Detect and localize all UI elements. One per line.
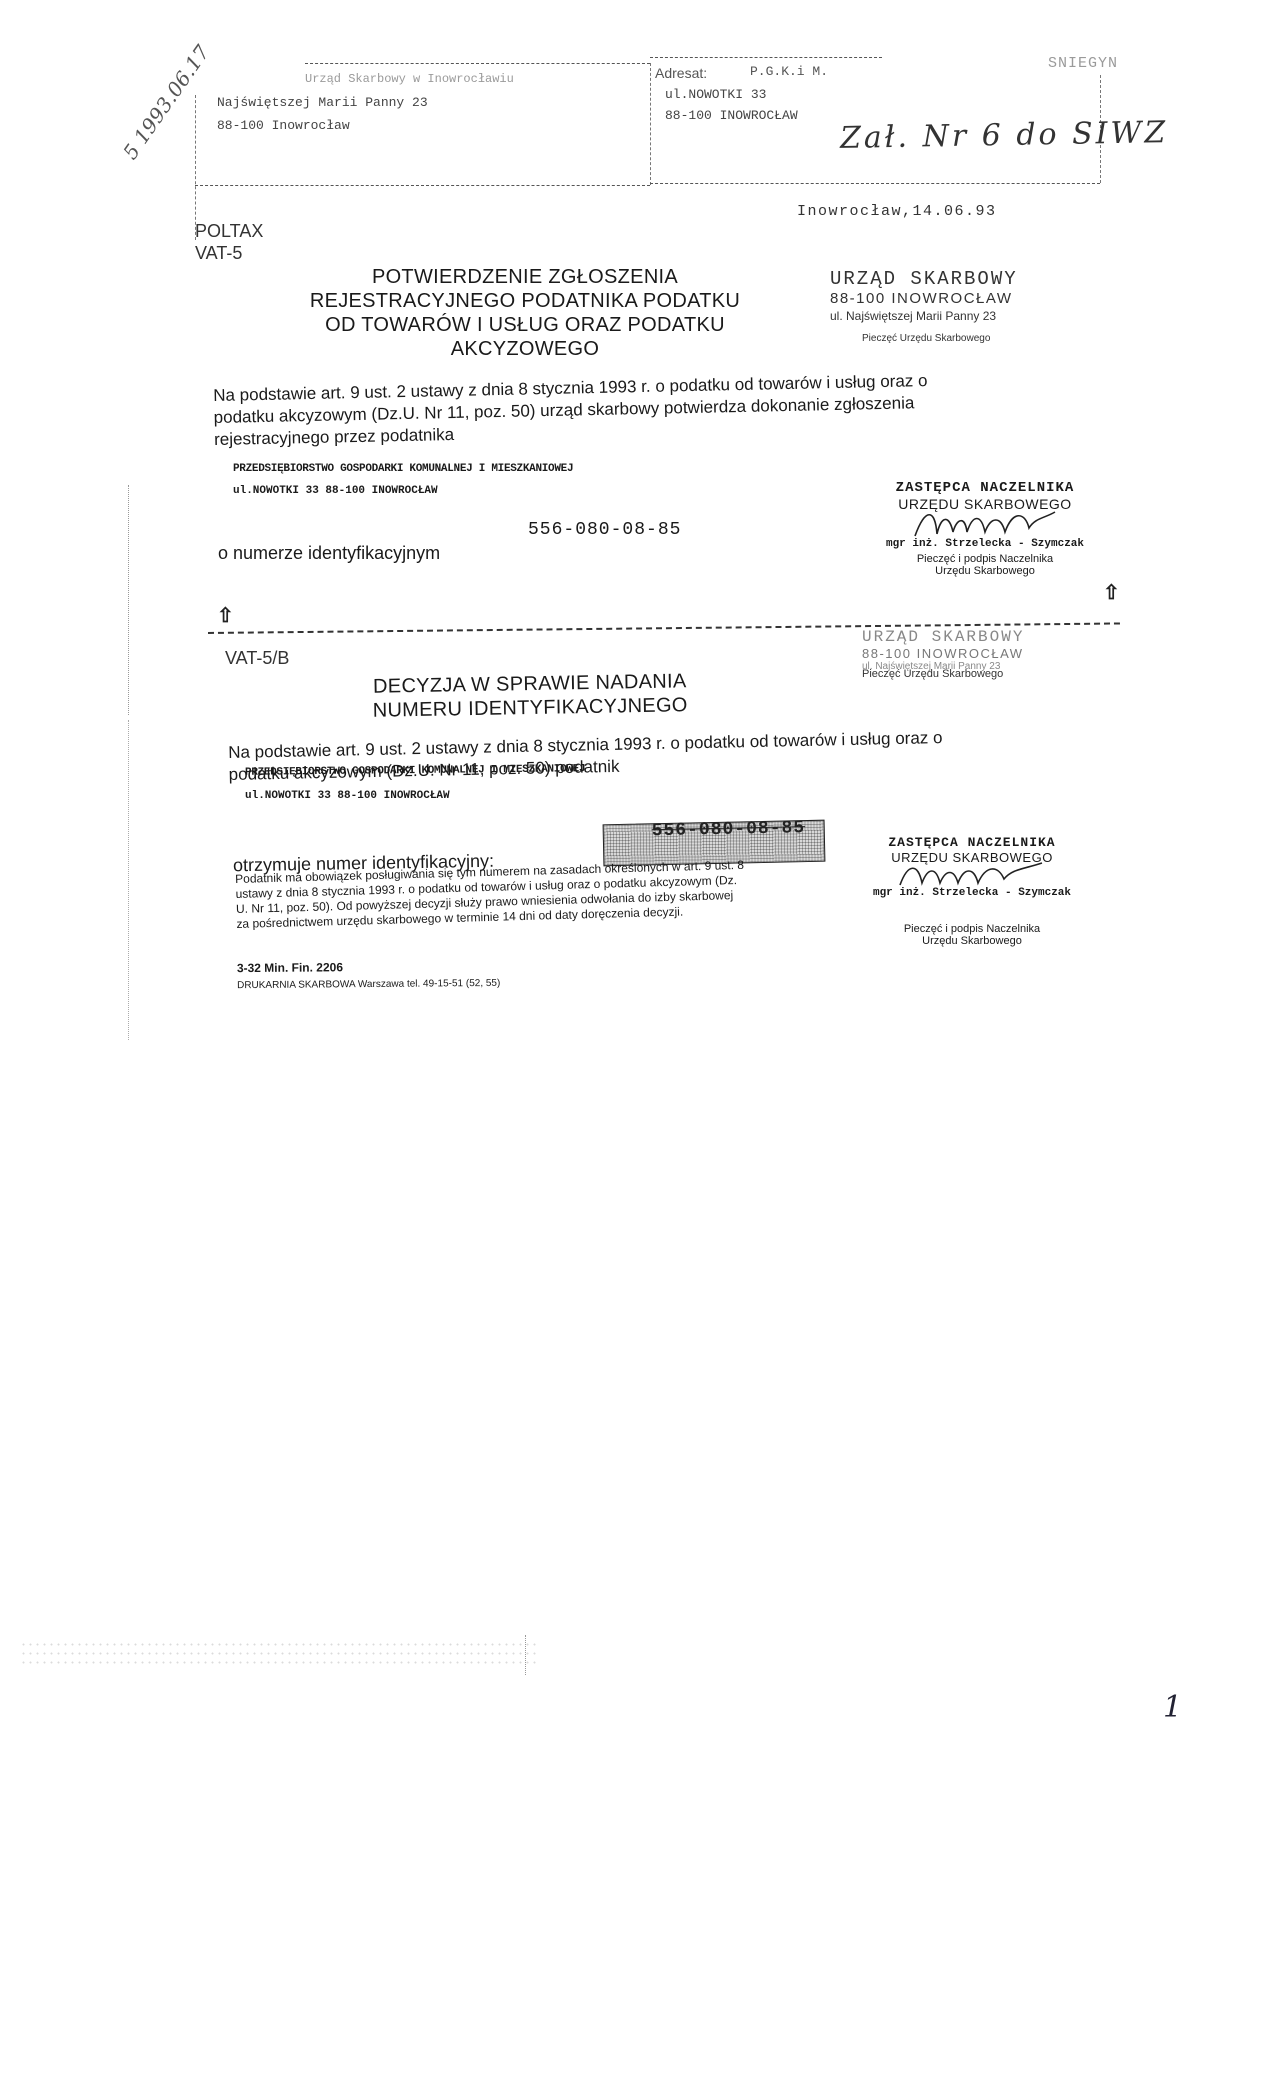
sender-frame-bottom bbox=[195, 185, 650, 186]
signature-stamp: ZASTĘPCA NACZELNIKA URZĘDU SKARBOWEGO mg… bbox=[872, 835, 1072, 947]
office-stamp: URZĄD SKARBOWY 88-100 INOWROCŁAW ul. Naj… bbox=[830, 268, 1090, 344]
office-stamp: URZĄD SKARBOWY 88-100 INOWROCŁAW ul. Naj… bbox=[862, 628, 1102, 680]
taxpayer-name: PRZEDSIĘBIORSTWO GOSPODARKI KOMUNALNEJ I… bbox=[233, 463, 573, 475]
section2-title: DECYZJA W SPRAWIE NADANIA NUMERU IDENTYF… bbox=[320, 668, 741, 723]
signature-stamp-line: ZASTĘPCA NACZELNIKA bbox=[880, 480, 1090, 496]
scan-artifact-line bbox=[525, 1635, 526, 1675]
stamp-line: 88-100 INOWROCŁAW bbox=[830, 290, 1090, 307]
title-line: OD TOWARÓW I USŁUG ORAZ PODATKU bbox=[270, 313, 780, 337]
margin-perforation bbox=[128, 485, 129, 715]
signatory-name: mgr inż. Strzelecka - Szymczak bbox=[872, 887, 1072, 899]
margin-perforation bbox=[128, 720, 129, 1040]
sender-line3: 88-100 Inowrocław bbox=[217, 118, 350, 133]
title-line: REJESTRACYJNEGO PODATNIKA PODATKU bbox=[270, 289, 780, 313]
signature-caption: Urzędu Skarbowego bbox=[880, 565, 1090, 577]
sender-frame-top bbox=[305, 63, 650, 64]
nip-value: 556-080-08-85 bbox=[652, 818, 806, 841]
stamp-caption: Pieczęć Urzędu Skarbowego bbox=[862, 668, 1102, 680]
addressee-frame-top bbox=[650, 57, 882, 58]
sender-frame-left bbox=[195, 95, 196, 240]
title-line: POTWIERDZENIE ZGŁOSZENIA bbox=[270, 265, 780, 289]
sender-frame-right bbox=[650, 63, 651, 185]
signatory-name: mgr inż. Strzelecka - Szymczak bbox=[880, 538, 1090, 550]
taxpayer-address: ul.NOWOTKI 33 88-100 INOWROCŁAW bbox=[233, 485, 438, 497]
section1-title: POTWIERDZENIE ZGŁOSZENIA REJESTRACYJNEGO… bbox=[270, 265, 780, 361]
footer-form-code: 3-32 Min. Fin. 2206 bbox=[237, 957, 500, 977]
stamp-line: 88-100 INOWROCŁAW bbox=[862, 646, 1102, 661]
footer-printer: DRUKARNIA SKARBOWA Warszawa tel. 49-15-5… bbox=[237, 975, 500, 995]
stamp-caption: Pieczęć Urzędu Skarbowego bbox=[862, 333, 1090, 344]
handwritten-annotation: Zał. Nr 6 do SIWZ bbox=[840, 115, 1169, 156]
nip-label: o numerze identyfikacyjnym bbox=[218, 543, 440, 564]
cut-arrow-right-icon: ⇧ bbox=[1103, 580, 1120, 605]
sender-line2: Najświętszej Marii Panny 23 bbox=[217, 95, 428, 110]
section1-paragraph: Na podstawie art. 9 ust. 2 ustawy z dnia… bbox=[213, 366, 1124, 451]
sender-line1: Urząd Skarbowy w Inowrocławiu bbox=[305, 72, 514, 86]
stamp-line: URZĄD SKARBOWY bbox=[830, 268, 1090, 290]
signature-stamp-line: URZĘDU SKARBOWEGO bbox=[872, 850, 1072, 865]
signature-caption: Pieczęć i podpis Naczelnika bbox=[872, 923, 1072, 935]
form-code: VAT-5 bbox=[195, 242, 263, 264]
signature-icon bbox=[905, 508, 1065, 542]
nip-value: 556-080-08-85 bbox=[528, 520, 681, 540]
addressee-label: Adresat: bbox=[655, 65, 707, 81]
addressee-name: P.G.K.i M. bbox=[750, 64, 828, 79]
footer: 3-32 Min. Fin. 2206 DRUKARNIA SKARBOWA W… bbox=[237, 957, 501, 995]
corner-text: SNIEGYN bbox=[1048, 55, 1118, 72]
addressee-city: 88-100 INOWROCŁAW bbox=[665, 108, 798, 123]
margin-handwriting: 5 1993.06.17 bbox=[118, 41, 214, 164]
scan-noise bbox=[20, 1640, 540, 1670]
title-line: AKCYZOWEGO bbox=[270, 337, 780, 361]
signature-stamp-line: ZASTĘPCA NACZELNIKA bbox=[872, 835, 1072, 850]
page-number: 1 bbox=[1163, 1690, 1182, 1725]
form-identifier: POLTAX VAT-5 bbox=[195, 220, 263, 264]
addressee-frame-bottom bbox=[650, 183, 1100, 184]
signature-stamp-line: URZĘDU SKARBOWEGO bbox=[880, 496, 1090, 512]
addressee-street: ul.NOWOTKI 33 bbox=[665, 87, 766, 102]
stamp-line: ul. Najświętszej Marii Panny 23 bbox=[830, 309, 1090, 323]
stamp-line: URZĄD SKARBOWY bbox=[862, 628, 1102, 646]
signature-caption: Pieczęć i podpis Naczelnika bbox=[880, 553, 1090, 565]
place-date: Inowrocław,14.06.93 bbox=[797, 203, 997, 220]
signature-stamp: ZASTĘPCA NACZELNIKA URZĘDU SKARBOWEGO mg… bbox=[880, 480, 1090, 577]
section2-form-code: VAT-5/B bbox=[225, 648, 289, 669]
system-name: POLTAX bbox=[195, 220, 263, 242]
taxpayer-address: ul.NOWOTKI 33 88-100 INOWROCŁAW bbox=[245, 790, 450, 802]
cut-arrow-left-icon: ⇧ bbox=[217, 603, 234, 628]
signature-caption: Urzędu Skarbowego bbox=[872, 935, 1072, 947]
